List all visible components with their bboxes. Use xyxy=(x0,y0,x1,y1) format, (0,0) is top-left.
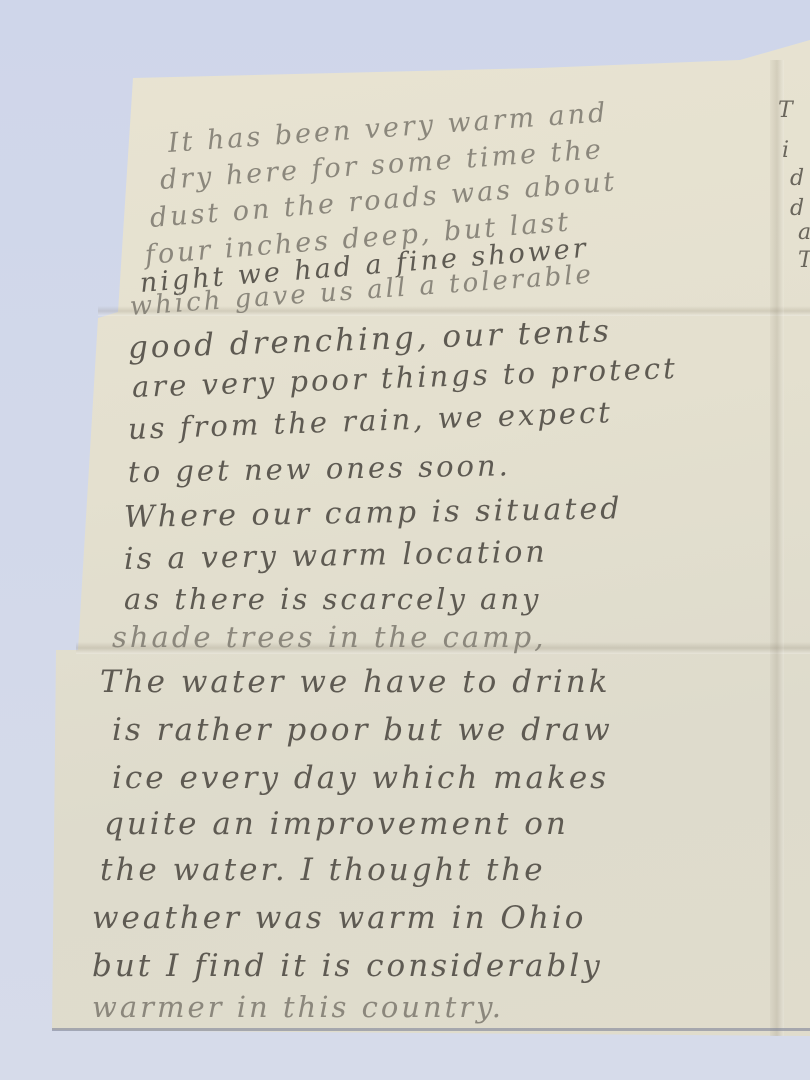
letter-line: but I find it is considerably xyxy=(92,948,603,984)
letter-line: the water. I thought the xyxy=(100,852,546,888)
letter-line: The water we have to drink xyxy=(100,664,611,700)
letter-line: as there is scarcely any xyxy=(124,582,541,616)
letter-line: us from the rain, we expect xyxy=(127,395,613,446)
letter-line: is rather poor but we draw xyxy=(112,712,613,748)
letter-line: ice every day which makes xyxy=(112,760,609,796)
letter-body: It has been very warm and dry here for s… xyxy=(0,0,810,1080)
letter-line: Where our camp is situated xyxy=(124,491,623,535)
letter-line: weather was warm in Ohio xyxy=(92,900,586,936)
adjacent-page-fragment: d xyxy=(790,196,804,221)
letter-line: to get new ones soon. xyxy=(128,448,511,489)
letter-line: is a very warm location xyxy=(124,535,548,577)
adjacent-page-fragment: T xyxy=(778,98,793,123)
letter-photo: It has been very warm and dry here for s… xyxy=(0,0,810,1080)
letter-line: shade trees in the camp, xyxy=(112,620,546,654)
letter-line: quite an improvement on xyxy=(104,806,569,842)
adjacent-page-fragment: i xyxy=(782,138,789,163)
adjacent-page-fragment: T xyxy=(798,248,810,273)
letter-line: warmer in this country. xyxy=(92,990,504,1024)
adjacent-page-fragment: a xyxy=(798,220,810,245)
adjacent-page-fragment: d xyxy=(790,166,804,191)
